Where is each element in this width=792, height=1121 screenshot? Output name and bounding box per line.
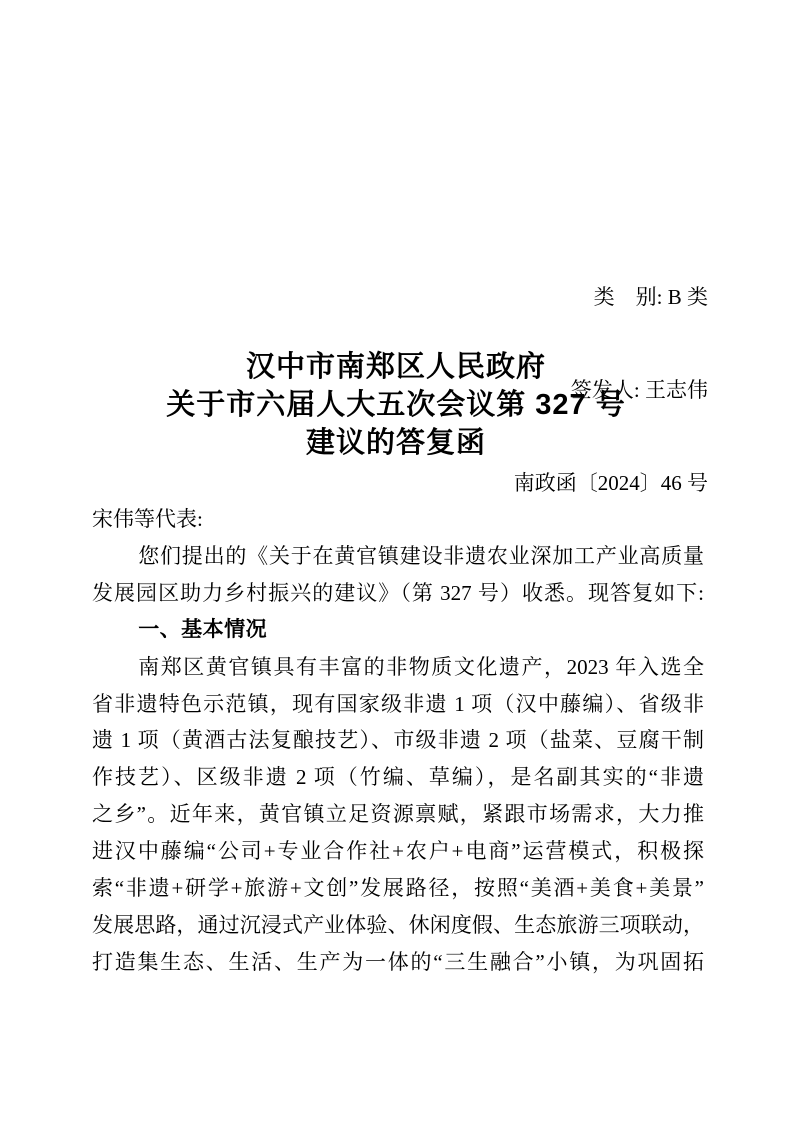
body-line: 之乡”。近年来，黄官镇立足资源禀赋，紧跟市场需求，大力推	[92, 796, 704, 833]
doc-category: 类 别: B 类	[514, 282, 708, 313]
body-line: 省非遗特色示范镇，现有国家级非遗 1 项（汉中藤编）、省级非	[92, 686, 704, 723]
body-line: 进汉中藤编“公司+专业合作社+农户+电商”运营模式，积极探	[92, 833, 704, 870]
doc-body: 宋伟等代表: 您们提出的《关于在黄官镇建设非遗农业深加工产业高质量 发展园区助力…	[92, 501, 704, 981]
body-line: 遗 1 项（黄酒古法复酿技艺）、市级非遗 2 项（盐菜、豆腐干制	[92, 722, 704, 759]
body-line: 索“非遗+研学+旅游+文创”发展路径，按照“美酒+美食+美景”	[92, 870, 704, 907]
body-line: 打造集生态、生活、生产为一体的“三生融合”小镇，为巩固拓	[92, 944, 704, 981]
body-line: 作技艺）、区级非遗 2 项（竹编、草编），是名副其实的“非遗	[92, 759, 704, 796]
body-line: 发展园区助力乡村振兴的建议》（第 327 号）收悉。现答复如下:	[92, 575, 704, 612]
body-line: 南郑区黄官镇具有丰富的非物质文化遗产，2023 年入选全	[92, 649, 704, 686]
body-line: 您们提出的《关于在黄官镇建设非遗农业深加工产业高质量	[92, 538, 704, 575]
section-heading: 一、基本情况	[92, 612, 704, 649]
doc-title-line-1: 汉中市南郑区人民政府	[0, 348, 792, 386]
doc-number: 南政函〔2024〕46 号	[514, 468, 708, 499]
document-page: 类 别: B 类 签发人: 王志伟 南政函〔2024〕46 号 汉中市南郑区人民…	[0, 0, 792, 1121]
doc-title-line-3: 建议的答复函	[0, 424, 792, 462]
doc-title-line-2: 关于市六届人大五次会议第 327 号	[0, 386, 792, 424]
salutation-line: 宋伟等代表:	[92, 501, 704, 538]
body-line: 发展思路，通过沉浸式产业体验、休闲度假、生态旅游三项联动，	[92, 907, 704, 944]
doc-title: 汉中市南郑区人民政府 关于市六届人大五次会议第 327 号 建议的答复函	[0, 348, 792, 462]
